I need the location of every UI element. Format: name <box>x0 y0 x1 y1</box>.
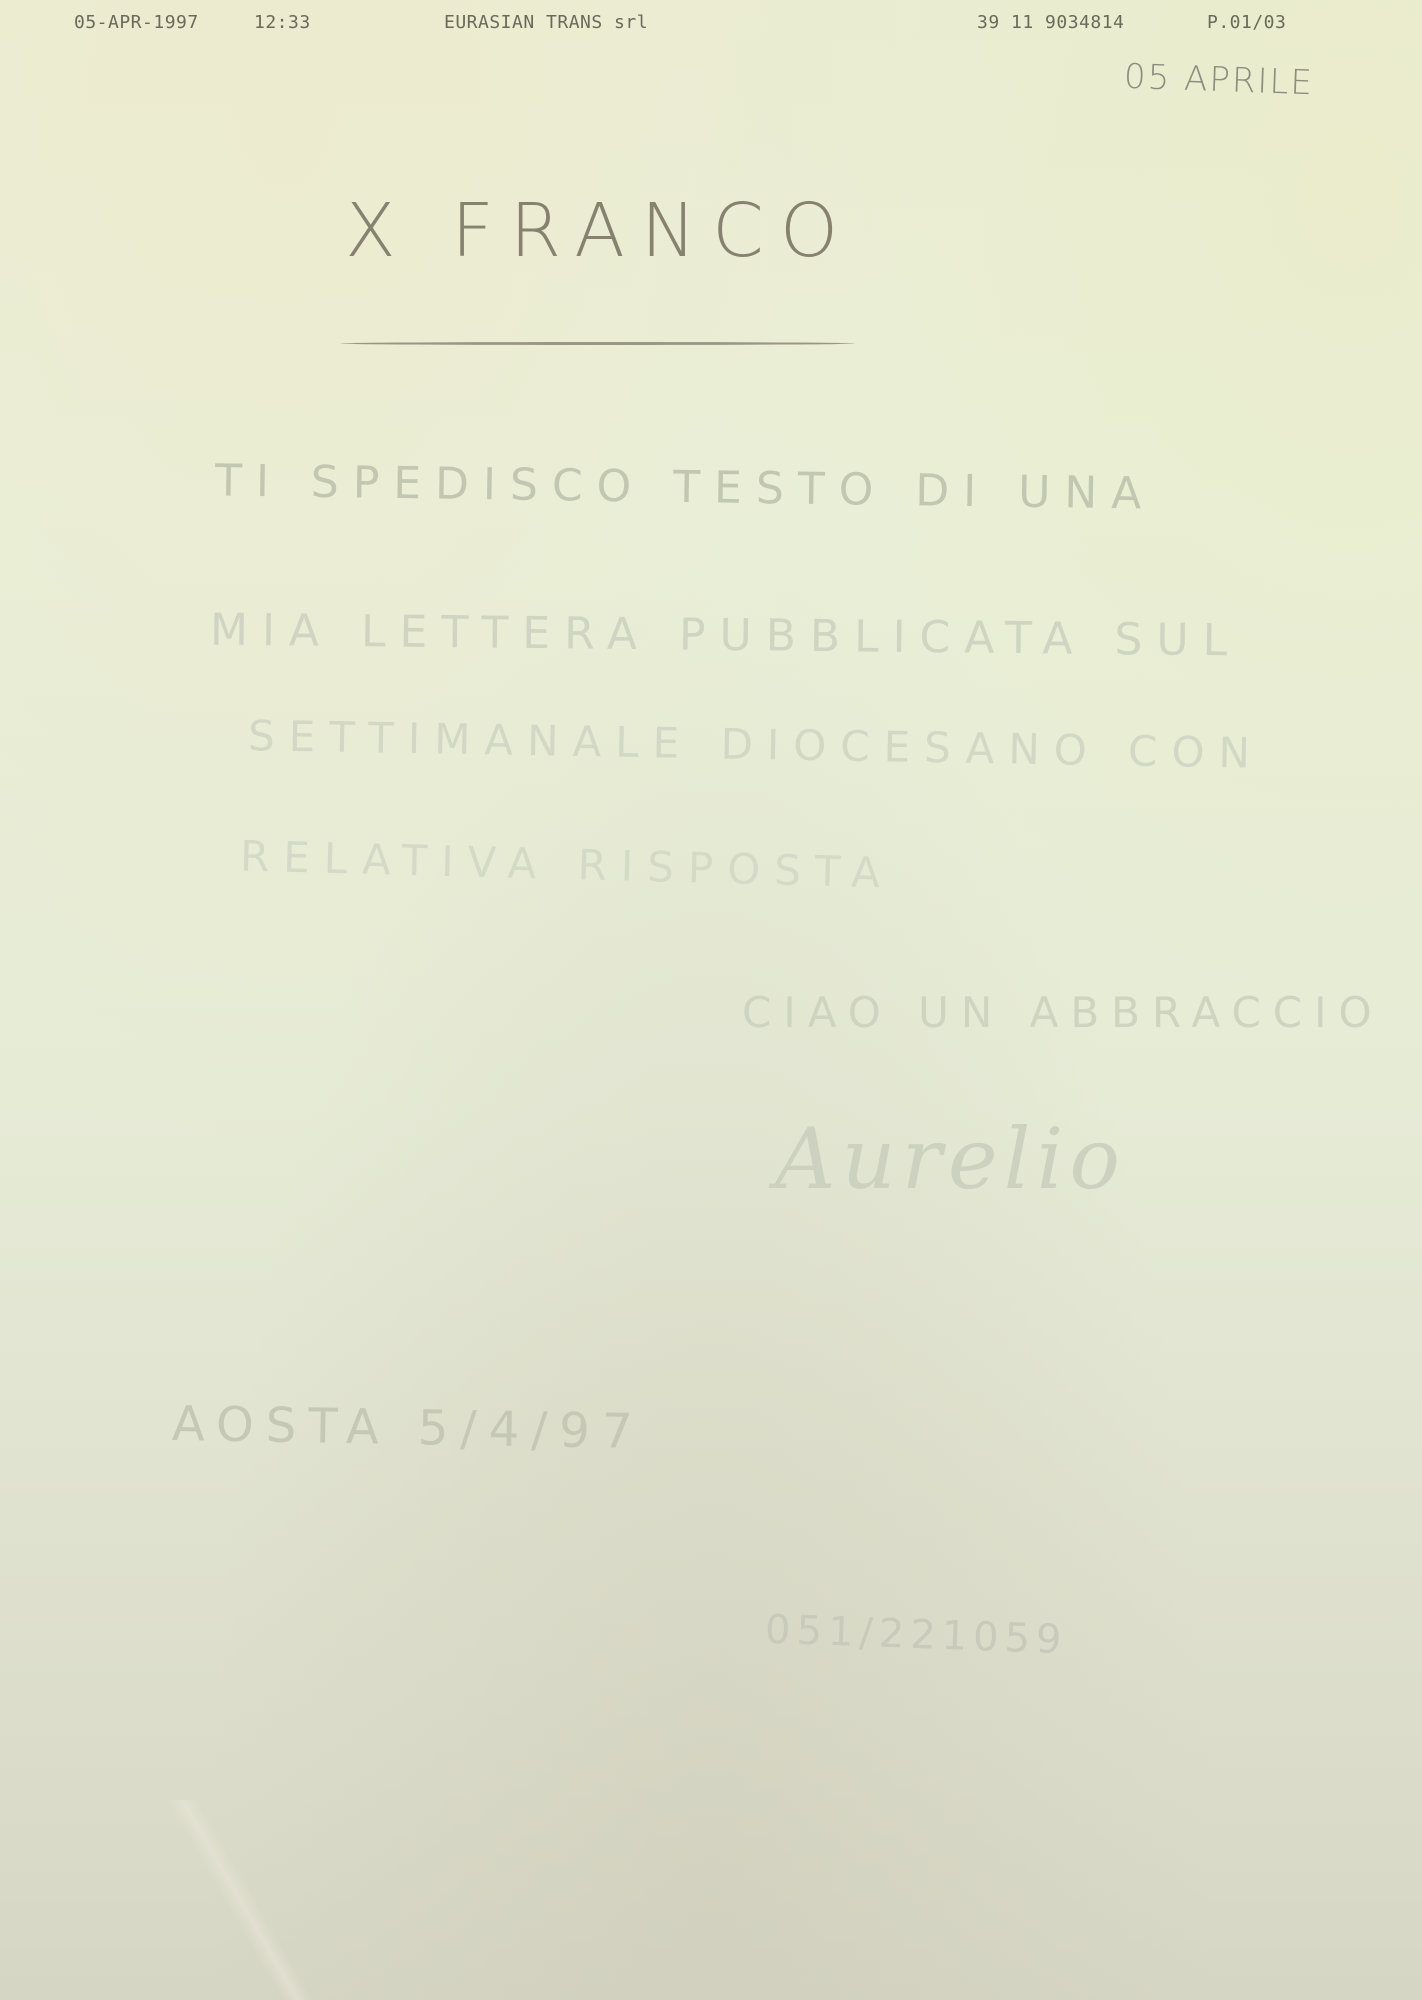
handwritten-closing: CIAO UN ABBRACCIO <box>742 988 1384 1037</box>
fax-page-number: P.01/03 <box>1207 12 1286 33</box>
fax-sender: EURASIAN TRANS srl <box>444 12 648 33</box>
handwritten-place-date: AOSTA 5/4/97 <box>172 1396 645 1460</box>
handwritten-signature: Aurelio <box>775 1110 1126 1208</box>
handwritten-date-note: 05 APRILE <box>1123 57 1314 104</box>
handwritten-addressee: X FRANCO <box>345 188 854 274</box>
fax-date: 05-APR-1997 <box>74 12 199 33</box>
fax-time: 12:33 <box>254 12 311 33</box>
fax-phone: 39 11 9034814 <box>977 12 1124 33</box>
fax-transmission-header: 05-APR-1997 12:33 EURASIAN TRANS srl 39 … <box>0 12 1422 42</box>
addressee-underline <box>340 342 855 345</box>
paper-fold-shadow <box>140 1800 340 2000</box>
body-line-2: MIA LETTERA PUBBLICATA SUL <box>210 605 1242 667</box>
